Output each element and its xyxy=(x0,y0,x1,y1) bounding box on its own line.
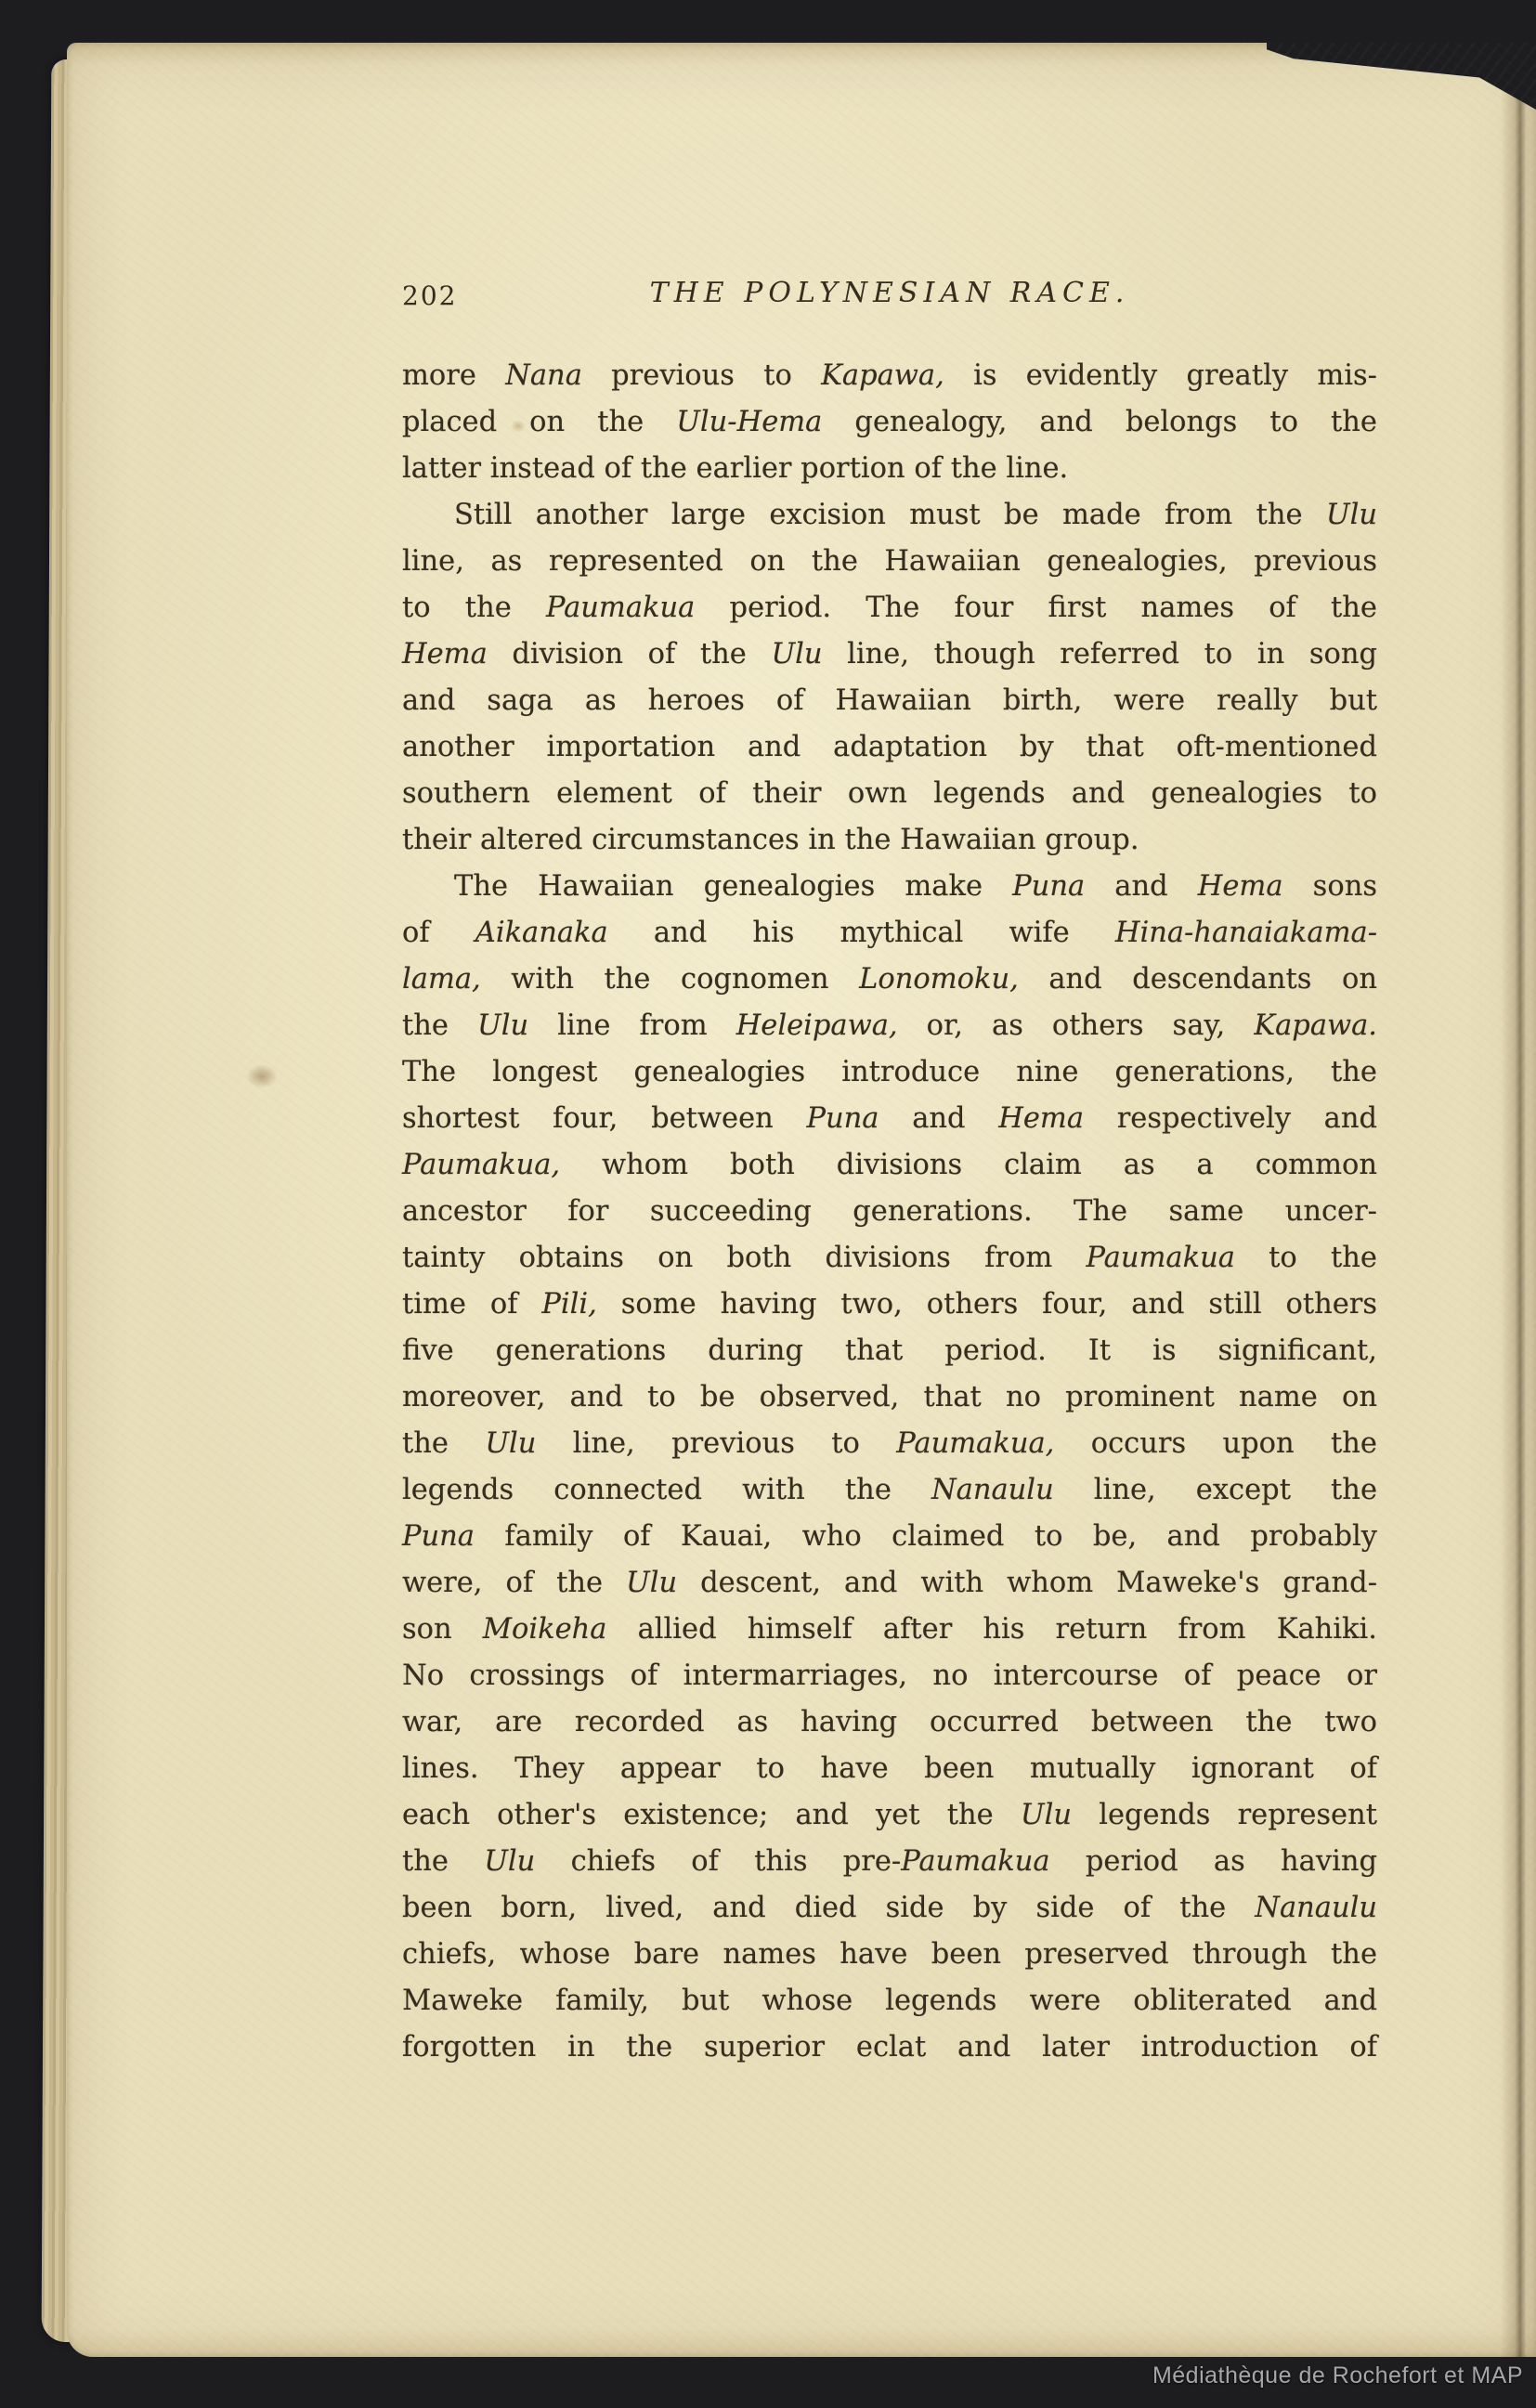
text-line: The longest genealogies introduce nine g… xyxy=(402,1049,1377,1096)
text-line: Puna family of Kauai, who claimed to be,… xyxy=(402,1514,1377,1560)
text-line: line, as represented on the Hawaiian gen… xyxy=(402,539,1377,585)
text-line: another importation and adaptation by th… xyxy=(402,724,1377,771)
page-header: 202 THE POLYNESIAN RACE. xyxy=(402,277,1377,319)
watermark: Médiathèque de Rochefort et MAP xyxy=(1152,2362,1523,2389)
text-line: forgotten in the superior eclat and late… xyxy=(402,2024,1377,2071)
page-gutter-shadow xyxy=(1501,43,1536,2357)
page-corner-gap xyxy=(1267,43,1536,110)
running-title: THE POLYNESIAN RACE. xyxy=(402,277,1377,309)
text-line: the Ulu chiefs of this pre-Paumakua peri… xyxy=(402,1839,1377,1885)
text-line: five generations during that period. It … xyxy=(402,1328,1377,1374)
text-line: lines. They appear to have been mutually… xyxy=(402,1746,1377,1792)
text-line: Paumakua, whom both divisions claim as a… xyxy=(402,1142,1377,1189)
text-line: southern element of their own legends an… xyxy=(402,771,1377,817)
text-line: to the Paumakua period. The four first n… xyxy=(402,585,1377,631)
text-line: moreover, and to be observed, that no pr… xyxy=(402,1374,1377,1421)
text-line: Hema division of the Ulu line, though re… xyxy=(402,631,1377,678)
text-line: Maweke family, but whose legends were ob… xyxy=(402,1978,1377,2024)
text-line: of Aikanaka and his mythical wife Hina-h… xyxy=(402,910,1377,957)
body-text: more Nana previous to Kapawa, is evident… xyxy=(402,353,1377,2071)
text-line: were, of the Ulu descent, and with whom … xyxy=(402,1560,1377,1607)
text-line: chiefs, whose bare names have been prese… xyxy=(402,1932,1377,1978)
text-line: and saga as heroes of Hawaiian birth, we… xyxy=(402,678,1377,724)
page-number: 202 xyxy=(402,280,457,311)
text-line: time of Pili, some having two, others fo… xyxy=(402,1282,1377,1328)
text-line: The Hawaiian genealogies make Puna and H… xyxy=(402,864,1377,910)
text-line: war, are recorded as having occurred bet… xyxy=(402,1699,1377,1746)
text-line: ancestor for succeeding generations. The… xyxy=(402,1189,1377,1235)
text-line: their altered circumstances in the Hawai… xyxy=(402,817,1377,864)
text-line: the Ulu line from Heleipawa, or, as othe… xyxy=(402,1003,1377,1049)
text-line: lama, with the cognomen Lonomoku, and de… xyxy=(402,957,1377,1003)
text-line: Still another large excision must be mad… xyxy=(402,492,1377,539)
scanned-book-photo: 202 THE POLYNESIAN RACE. more Nana previ… xyxy=(0,0,1536,2408)
text-line: the Ulu line, previous to Paumakua, occu… xyxy=(402,1421,1377,1467)
paper-stain xyxy=(246,1064,278,1088)
text-line: latter instead of the earlier portion of… xyxy=(402,446,1377,492)
text-line: more Nana previous to Kapawa, is evident… xyxy=(402,353,1377,399)
text-line: legends connected with the Nanaulu line,… xyxy=(402,1467,1377,1514)
text-line: No crossings of intermarriages, no inter… xyxy=(402,1653,1377,1699)
text-line: tainty obtains on both divisions from Pa… xyxy=(402,1235,1377,1282)
book-page: 202 THE POLYNESIAN RACE. more Nana previ… xyxy=(67,43,1536,2357)
text-line: son Moikeha allied himself after his ret… xyxy=(402,1607,1377,1653)
text-line: been born, lived, and died side by side … xyxy=(402,1885,1377,1932)
text-line: each other's existence; and yet the Ulu … xyxy=(402,1792,1377,1839)
text-line: placed on the Ulu-Hema genealogy, and be… xyxy=(402,399,1377,446)
text-line: shortest four, between Puna and Hema res… xyxy=(402,1096,1377,1142)
